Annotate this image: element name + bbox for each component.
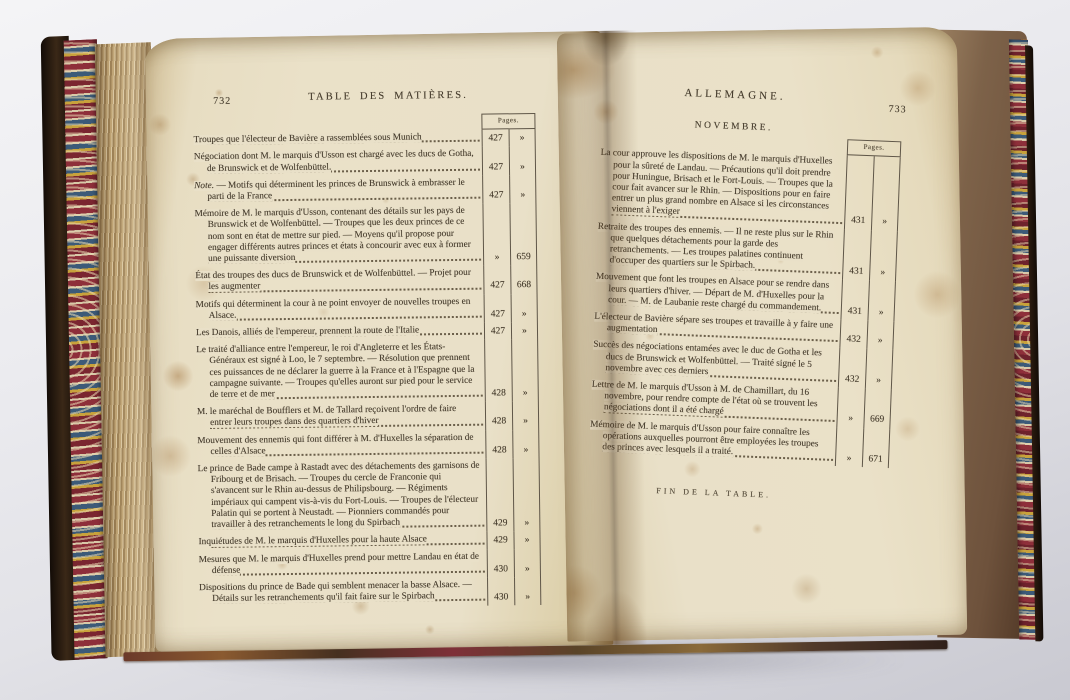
toc-entry-text: Motifs qui déterminent la cour à ne poin… (196, 294, 484, 326)
page-ref-secondary: » (871, 157, 901, 231)
page-ref-primary: 428 (484, 340, 512, 402)
page-ref-cells: » 671 (835, 427, 890, 469)
toc-entry: Motifs qui déterminent la cour à ne poin… (196, 294, 538, 327)
left-page-content: 732 TABLE DES MATIÈRES. Pages. Troupes q… (193, 89, 541, 609)
toc-entry: Négociation dont M. le marquis d'Usson e… (194, 146, 536, 179)
toc-entry-text: Le prince de Bade campe à Rastadt avec d… (198, 459, 487, 536)
pages-column-header: Pages. (481, 113, 535, 130)
page-ref-primary: 431 (840, 280, 869, 321)
page-ref-secondary: 659 (509, 203, 537, 265)
page-ref-cells: 429 » (486, 531, 540, 549)
toc-entry: Le traité d'alliance entre l'empereur, l… (196, 339, 539, 405)
toc-entry: Mémoire de M. le marquis d'Usson, conten… (194, 203, 537, 269)
page-ref-cells: 427 » (482, 129, 536, 147)
page-ref-primary: 432 (839, 319, 867, 348)
page-ref-secondary: » (511, 294, 538, 323)
page-ref-primary: 432 (838, 348, 867, 389)
page-ref-primary: 429 (486, 532, 513, 550)
page-ref-secondary: » (867, 281, 896, 322)
page-ref-secondary: » (512, 430, 539, 459)
toc-entry-text: Négociation dont M. le marquis d'Usson e… (194, 147, 482, 179)
toc-entry-text: La cour approuve les dispositions de M. … (598, 146, 847, 229)
page-ref-primary: 427 (482, 147, 509, 176)
toc-entry: Note.— Motifs qui déterminent les prince… (194, 175, 536, 208)
toc-entry: Dispositions du prince de Bade qui sembl… (199, 577, 541, 610)
toc-entry: M. le maréchal de Boufflers et M. de Tal… (197, 401, 539, 434)
page-ref-secondary: » (509, 175, 536, 204)
right-page-number: 733 (888, 104, 906, 116)
page-ref-cells: 431 » (840, 280, 895, 322)
left-page-header: 732 TABLE DES MATIÈRES. (193, 89, 535, 117)
table-end-note: FIN DE LA TABLE. (588, 483, 840, 504)
page-ref-cells: 430 » (487, 548, 541, 577)
right-page: ALLEMAGNE. 733 NOVEMBRE. Pages. La cour … (557, 27, 968, 642)
page-ref-cells: 427 » (482, 146, 536, 175)
toc-entry-text: Retraite des troupes des ennemis. — Il n… (596, 219, 844, 279)
page-ref-primary: » (482, 204, 510, 266)
toc-entry-text: M. le maréchal de Boufflers et M. de Tal… (197, 402, 485, 434)
toc-entry: Mesures que M. le marquis d'Huxelles pre… (199, 548, 541, 581)
toc-left: Pages. Troupes que l'électeur de Bavière… (193, 113, 541, 609)
page-ref-primary: 431 (842, 229, 871, 281)
page-ref-primary: 429 (486, 458, 514, 532)
page-ref-secondary: » (869, 230, 898, 282)
toc-entry-text: État des troupes des ducs de Brunswick e… (195, 266, 483, 298)
page-ref-secondary: » (514, 577, 541, 606)
page-ref-secondary: » (866, 320, 894, 349)
toc-entry: État des troupes des ducs de Brunswick e… (195, 265, 537, 298)
photo-backdrop: { "colors":{ "page":"#e9e0c8", "ink":"#4… (0, 0, 1070, 700)
page-ref-primary: 427 (484, 322, 511, 340)
page-ref-cells: 431 » (844, 156, 901, 231)
left-running-title: TABLE DES MATIÈRES. (233, 89, 543, 104)
toc-entry-text: Dispositions du prince de Bade qui sembl… (199, 578, 487, 610)
toc-right: Pages. La cour approuve les dispositions… (589, 130, 901, 468)
page-ref-cells: 429 » (486, 458, 541, 532)
page-ref-secondary: » (513, 458, 541, 532)
toc-entry-text: Mémoire de M. le marquis d'Usson, conten… (194, 204, 483, 270)
page-ref-secondary: » (512, 401, 539, 430)
page-ref-cells: 427 » (482, 175, 536, 204)
page-ref-primary: 430 (487, 577, 514, 606)
page-ref-primary: 431 (844, 156, 874, 230)
page-ref-secondary: » (514, 548, 541, 577)
toc-entry: Le prince de Bade campe à Rastadt avec d… (198, 458, 541, 535)
right-page-content: ALLEMAGNE. 733 NOVEMBRE. Pages. La cour … (588, 85, 903, 506)
page-ref-secondary: 669 (863, 388, 892, 429)
page-ref-primary: 427 (482, 130, 509, 148)
page-ref-secondary: » (511, 339, 539, 401)
open-book: 732 TABLE DES MATIÈRES. Pages. Troupes q… (40, 0, 1043, 673)
page-ref-cells: 427 668 (483, 265, 537, 294)
right-running-title: ALLEMAGNE. (603, 85, 867, 106)
page-ref-cells: 428 » (485, 401, 539, 430)
page-ref-cells: 427 » (484, 294, 538, 323)
page-ref-primary: 430 (487, 549, 514, 578)
toc-entry-text: Mesures que M. le marquis d'Huxelles pre… (199, 549, 487, 581)
page-ref-secondary: » (509, 129, 536, 147)
page-ref-primary: 428 (485, 402, 512, 431)
page-ref-secondary: » (513, 531, 540, 549)
page-ref-cells: 428 » (485, 430, 539, 459)
toc-entry-text: Mouvement des ennemis qui font différer … (197, 430, 485, 462)
page-ref-primary: 428 (485, 430, 512, 459)
page-ref-cells: 430 » (487, 577, 541, 606)
toc-entry-text: Mémoire de M. le marquis d'Usson pour fa… (589, 417, 836, 466)
left-page-number: 732 (213, 96, 231, 107)
page-ref-cells: 431 » (842, 229, 898, 282)
toc-entry: Mouvement des ennemis qui font différer … (197, 430, 539, 463)
page-ref-primary: » (835, 427, 864, 468)
page-ref-secondary: 671 (862, 428, 891, 469)
page-ref-primary: 427 (482, 175, 509, 204)
page-ref-cells: 432 » (838, 348, 893, 390)
page-ref-primary: 427 (484, 294, 511, 323)
page-ref-cells: » 669 (836, 387, 891, 429)
page-ref-secondary: 668 (510, 265, 537, 294)
left-page: 732 TABLE DES MATIÈRES. Pages. Troupes q… (145, 31, 614, 653)
page-ref-cells: 432 » (839, 319, 894, 349)
page-ref-cells: 428 » (484, 339, 539, 402)
toc-entry-text: Note.— Motifs qui déterminent les prince… (194, 175, 482, 207)
right-page-header: ALLEMAGNE. 733 (602, 85, 903, 120)
page-ref-secondary: » (865, 349, 894, 390)
page-ref-primary: 427 (483, 266, 510, 295)
page-ref-cells: 427 » (484, 322, 538, 340)
page-ref-primary: » (836, 387, 865, 428)
toc-entry: La cour approuve les dispositions de M. … (598, 146, 901, 231)
page-ref-secondary: » (509, 146, 536, 175)
page-ref-cells: » 659 (482, 203, 537, 266)
page-ref-secondary: » (511, 322, 538, 340)
toc-entry-text: Le traité d'alliance entre l'empereur, l… (196, 340, 485, 406)
